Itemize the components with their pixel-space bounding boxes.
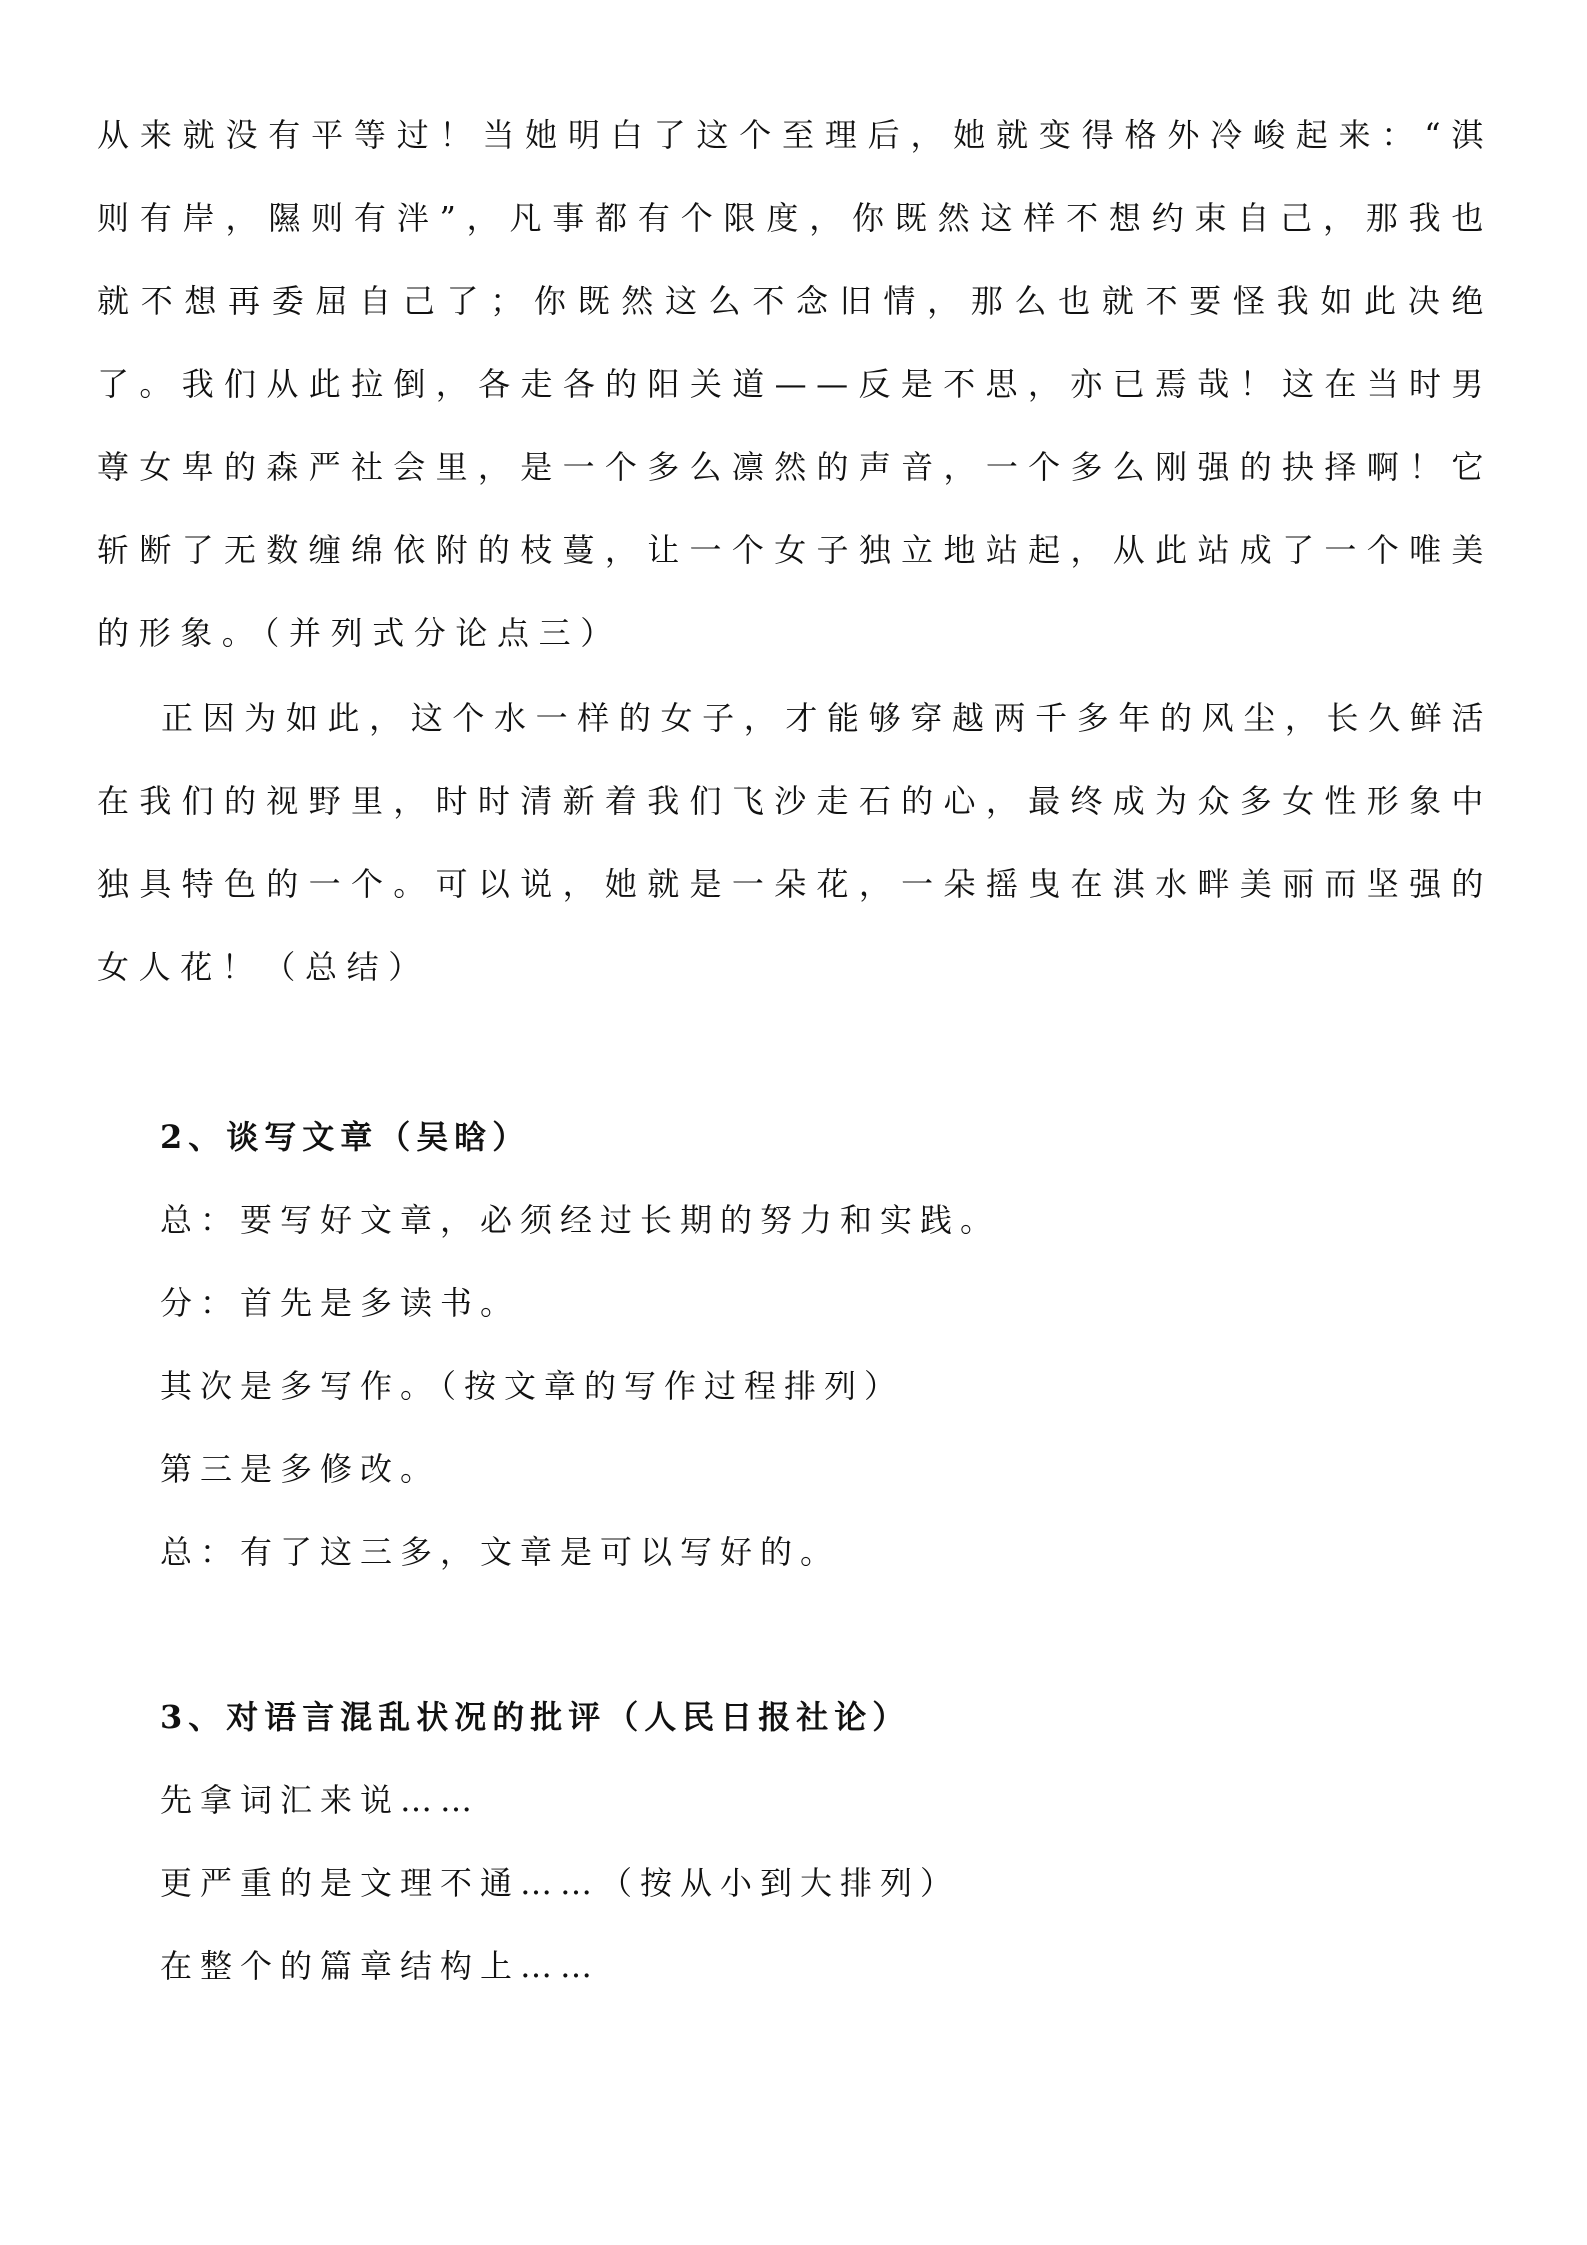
outline-line: 其次是多写作。（按文章的写作过程排列）	[160, 1345, 1490, 1428]
section-heading: 2、谈写文章（吴晗）	[160, 1096, 1490, 1179]
outline-line: 分：首先是多读书。	[160, 1262, 1490, 1345]
section-writing-articles: 2、谈写文章（吴晗） 总：要写好文章，必须经过长期的努力和实践。 分：首先是多读…	[160, 1096, 1490, 1594]
body-paragraph-summary: 正因为如此，这个水一样的女子，才能够穿越两千多年的风尘，长久鲜活在我们的视野里，…	[97, 677, 1493, 1009]
section-language-criticism: 3、对语言混乱状况的批评（人民日报社论） 先拿词汇来说…… 更严重的是文理不通……	[160, 1676, 1490, 2008]
body-paragraph: 从来就没有平等过！当她明白了这个至理后，她就变得格外冷峻起来：“淇则有岸，隰则有…	[97, 94, 1493, 675]
outline-line: 在整个的篇章结构上……	[160, 1925, 1490, 2008]
outline-line: 先拿词汇来说……	[160, 1759, 1490, 1842]
outline-line: 总：要写好文章，必须经过长期的努力和实践。	[160, 1179, 1490, 1262]
outline-line: 更严重的是文理不通……（按从小到大排列）	[160, 1842, 1490, 1925]
section-heading: 3、对语言混乱状况的批评（人民日报社论）	[160, 1676, 1490, 1759]
outline-line: 第三是多修改。	[160, 1428, 1490, 1511]
outline-line: 总：有了这三多，文章是可以写好的。	[160, 1511, 1490, 1594]
document-page: 从来就没有平等过！当她明白了这个至理后，她就变得格外冷峻起来：“淇则有岸，隰则有…	[0, 0, 1587, 2245]
